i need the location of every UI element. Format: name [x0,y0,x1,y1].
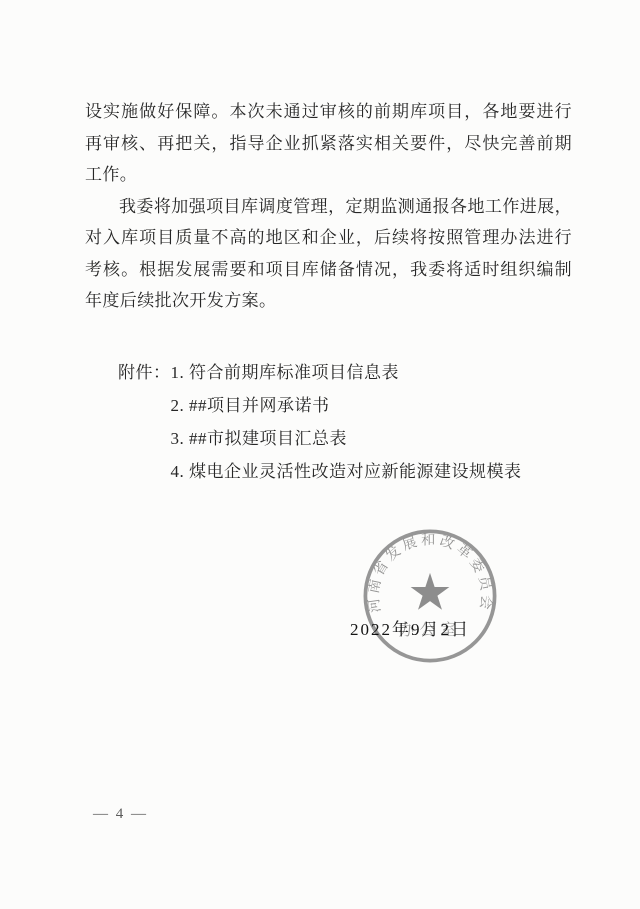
attachments-block: 附件： 1. 符合前期库标准项目信息表 2. ##项目并网承诺书 3. ##市拟… [118,356,522,488]
attachment-item-1: 1. 符合前期库标准项目信息表 [171,356,522,389]
seal-office-text: 办公室 [398,621,461,639]
seal-graphic: 河南省发展和改革委员会 办公室 [362,528,498,664]
page-number: — 4 — [93,806,148,823]
official-seal: 河南省发展和改革委员会 办公室 [362,528,498,664]
document-page: 设实施做好保障。本次未通过审核的前期库项目，各地要进行再审核、再把关，指导企业抓… [0,0,640,909]
attachment-item-2: 2. ##项目并网承诺书 [171,389,522,422]
attachment-item-3: 3. ##市拟建项目汇总表 [171,422,522,455]
attachments-list: 1. 符合前期库标准项目信息表 2. ##项目并网承诺书 3. ##市拟建项目汇… [171,356,522,488]
body-paragraph-1: 设实施做好保障。本次未通过审核的前期库项目，各地要进行再审核、再把关，指导企业抓… [85,96,572,191]
seal-arc-text: 河南省发展和改革委员会 [365,531,496,614]
star-icon [411,573,450,610]
body-text-block: 设实施做好保障。本次未通过审核的前期库项目，各地要进行再审核、再把关，指导企业抓… [85,96,572,317]
attachment-item-4: 4. 煤电企业灵活性改造对应新能源建设规模表 [171,455,522,488]
body-paragraph-2: 我委将加强项目库调度管理，定期监测通报各地工作进展，对入库项目质量不高的地区和企… [85,191,572,317]
attachments-label: 附件： [118,356,171,389]
seal-arc-text-holder: 河南省发展和改革委员会 [365,531,496,614]
